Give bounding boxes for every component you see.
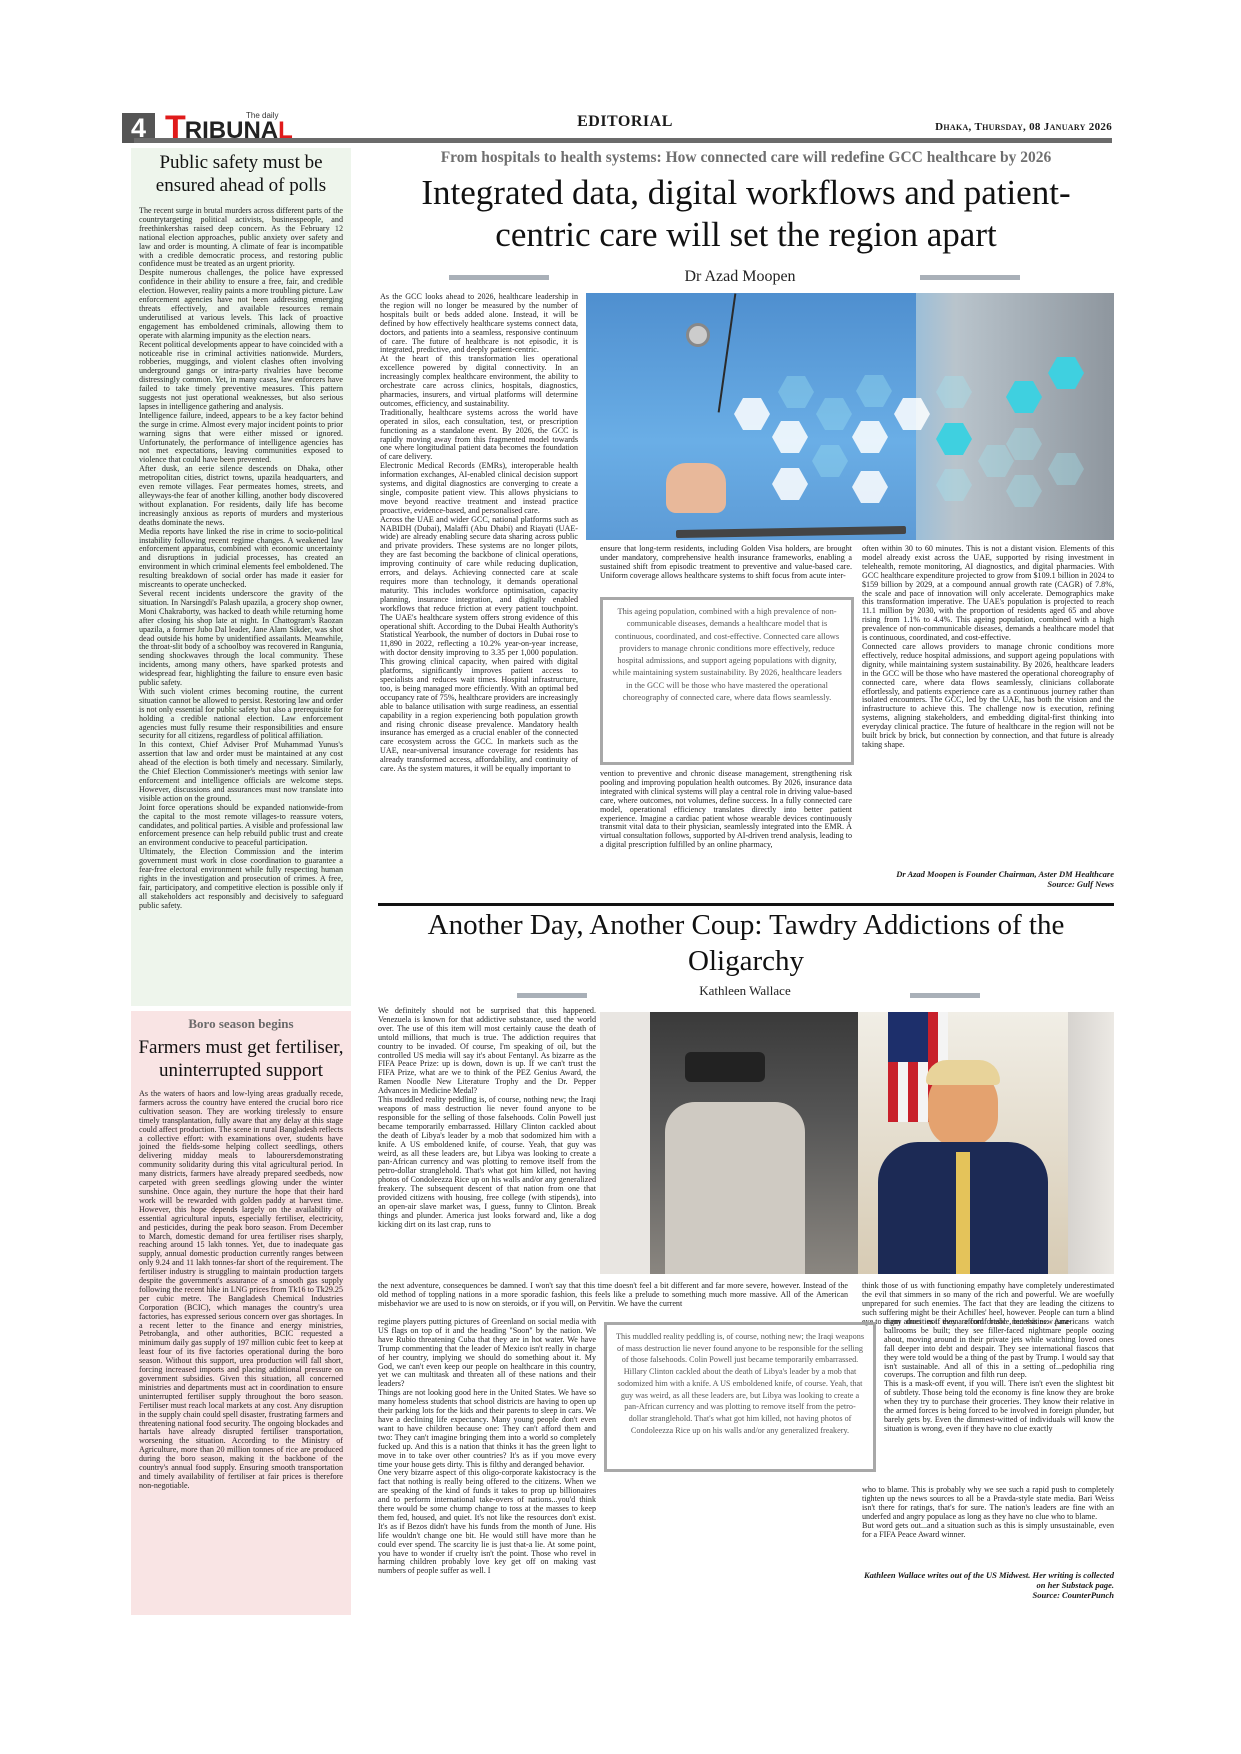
photo-blur-edge [1068, 1012, 1114, 1274]
dateline: Dhaka, Thursday, 08 January 2026 [860, 121, 1112, 133]
paragraph: Media reports have linked the rise in cr… [139, 528, 343, 590]
section-label: EDITORIAL [560, 113, 690, 131]
stethoscope-chestpiece-icon [686, 323, 710, 347]
medical-cross-icon [1006, 381, 1042, 413]
article-divider [378, 903, 1114, 906]
byline-bar-left [517, 993, 587, 998]
author-note: Dr Azad Moopen is Founder Chairman, Aste… [862, 869, 1114, 879]
byline-bar-right [920, 275, 1020, 280]
article2-wide-para: the next adventure, consequences be damn… [378, 1282, 848, 1309]
paragraph: Electronic Medical Records (EMRs), inter… [380, 462, 578, 515]
article1-byline: Dr Azad Moopen [600, 268, 880, 286]
paragraph: In this context, Chief Adviser Prof Muha… [139, 741, 343, 803]
paragraph: The recent surge in brutal murders acros… [139, 207, 343, 269]
photo-right-panel [858, 1012, 1068, 1274]
article1-kicker: From hospitals to health systems: How co… [380, 149, 1112, 167]
byline-bar-right [910, 993, 980, 998]
article2-byline: Kathleen Wallace [620, 983, 870, 999]
hair [926, 1060, 1000, 1085]
editorial-body: As the waters of haors and low-lying are… [131, 1082, 351, 1491]
paragraph: vention to preventive and chronic diseas… [600, 770, 852, 850]
paragraph: Several recent incidents underscore the … [139, 590, 343, 688]
article2-col3: digm does not even afford basic necessit… [884, 1318, 1114, 1434]
article1-photo [586, 293, 1114, 540]
article2-signature: Kathleen Wallace writes out of the US Mi… [862, 1570, 1114, 1600]
paragraph: digm does not even afford basic necessit… [884, 1318, 1114, 1380]
paragraph: This muddled reality peddling is, of cou… [378, 1096, 596, 1230]
paragraph: One very bizarre aspect of this oligo-co… [378, 1469, 596, 1576]
article2-col2-end: who to blame. This is probably why we se… [862, 1486, 1114, 1539]
hand [666, 463, 726, 513]
paragraph: After dusk, an eerie silence descends on… [139, 465, 343, 527]
paragraph: Joint force operations should be expande… [139, 804, 343, 849]
cross-icon [1048, 453, 1084, 485]
paragraph: We definitely should not be surprised th… [378, 1007, 596, 1096]
paragraph: As the GCC looks ahead to 2026, healthca… [380, 293, 578, 355]
flag-canton [888, 1012, 928, 1062]
medical-label-icon [936, 376, 972, 408]
paragraph: regime players putting pictures of Green… [378, 1318, 596, 1389]
masthead-rule [134, 138, 1112, 143]
paragraph: often within 30 to 60 minutes. This is n… [862, 545, 1114, 643]
article2-col1-top: We definitely should not be surprised th… [378, 1007, 596, 1230]
author-note: Kathleen Wallace writes out of the US Mi… [862, 1570, 1114, 1590]
editorial-public-safety: Public safety must be ensured ahead of p… [131, 148, 351, 1006]
paragraph: Traditionally, healthcare systems across… [380, 409, 578, 462]
paragraph: At the heart of this transformation lies… [380, 355, 578, 408]
editorial-headline: Farmers must get fertiliser, uninterrupt… [131, 1036, 351, 1082]
paragraph: ensure that long-term residents, includi… [600, 545, 852, 581]
microscope-icon [1006, 428, 1042, 460]
paragraph: But word gets out...and a situation such… [862, 1522, 1114, 1540]
logo-the-daily: The daily [246, 111, 278, 120]
paragraph: With such violent crimes becoming routin… [139, 688, 343, 741]
article1-pull-quote: This ageing population, combined with a … [600, 597, 854, 765]
photo-left-panel [650, 1012, 858, 1274]
article1-col3: often within 30 to 60 minutes. This is n… [862, 545, 1114, 750]
article1-col1: As the GCC looks ahead to 2026, healthca… [380, 293, 578, 774]
editorial-body: The recent surge in brutal murders acros… [131, 197, 351, 911]
paragraph: As the waters of haors and low-lying are… [139, 1090, 343, 1491]
paragraph: Connected care allows providers to manag… [862, 643, 1114, 750]
editorial-fertiliser: Boro season begins Farmers must get fert… [131, 1011, 351, 1615]
article2-photo [600, 1012, 1114, 1274]
first-aid-icon [936, 469, 972, 501]
yellow-tie [956, 1152, 970, 1274]
editorial-kicker: Boro season begins [131, 1016, 351, 1032]
paragraph: Recent political developments appear to … [139, 341, 343, 412]
article2-pull-quote: This muddled reality peddling is, of cou… [604, 1322, 876, 1472]
paragraph: Ultimately, the Election Commission and … [139, 848, 343, 910]
paragraph: who to blame. This is probably why we se… [862, 1486, 1114, 1522]
source-note: Source: CounterPunch [862, 1590, 1114, 1600]
source-note: Source: Gulf News [862, 879, 1114, 889]
test-tube-icon [978, 445, 1014, 477]
paragraph: This is a mask-off event, if you will. T… [884, 1380, 1114, 1433]
paragraph: Things are not looking good here in the … [378, 1389, 596, 1469]
goggles [685, 1052, 765, 1082]
paragraph: Intelligence failure, indeed, appears to… [139, 412, 343, 465]
article2-headline: Another Day, Another Coup: Tawdry Addict… [378, 907, 1114, 979]
syringe-icon [936, 423, 972, 455]
byline-bar-left [449, 275, 549, 280]
paragraph: the next adventure, consequences be damn… [378, 1282, 848, 1309]
paragraph: Across the UAE and wider GCC, national p… [380, 516, 578, 774]
article1-col2-bottom: vention to preventive and chronic diseas… [600, 770, 852, 850]
medical-tag-icon [1006, 475, 1042, 507]
hoodie [665, 1102, 805, 1274]
pill-icon [1048, 357, 1084, 389]
paragraph: Despite numerous challenges, the police … [139, 269, 343, 340]
article1-headline: Integrated data, digital workflows and p… [378, 172, 1114, 256]
article1-signature: Dr Azad Moopen is Founder Chairman, Aste… [862, 869, 1114, 889]
article1-col2-top: ensure that long-term residents, includi… [600, 545, 852, 581]
editorial-headline: Public safety must be ensured ahead of p… [131, 151, 351, 197]
article2-col1-bottom: regime players putting pictures of Green… [378, 1318, 596, 1576]
